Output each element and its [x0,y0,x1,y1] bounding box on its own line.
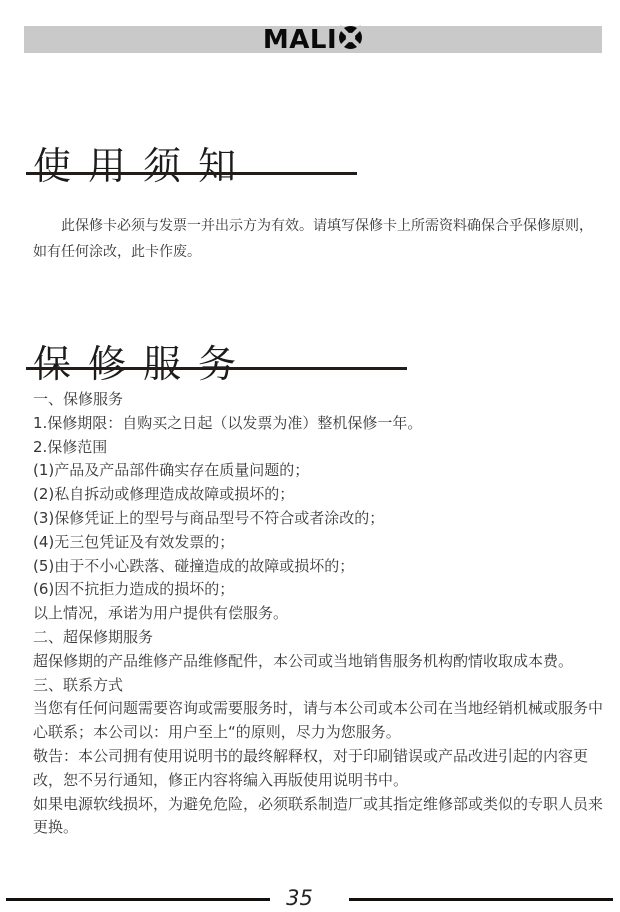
brand-logo: MALI [263,25,363,55]
notice-paragraph: 此保修卡必须与发票一并出示方为有效。请填写保修卡上所需资料确保合乎保修原则，如有… [33,213,598,265]
footer-rule-right [349,898,613,901]
warranty-line: 二、超保修期服务 [33,626,609,650]
warranty-line: 三、联系方式 [33,674,609,698]
warranty-line: 2.保修范围 [33,436,609,460]
notice-title-underline [26,172,357,175]
warranty-line: 当您有任何问题需要咨询或需要服务时，请与本公司或本公司在当地经销机械或服务中心联… [33,697,609,745]
warranty-line: 敬告：本公司拥有使用说明书的最终解释权，对于印刷错误或产品改进引起的内容更改，恕… [33,745,609,793]
target-ring-o-icon [338,25,363,55]
warranty-line: 如果电源软线损坏，为避免危险，必须联系制造厂或其指定维修部或类似的专职人员来更换… [33,793,609,841]
page-number: 35 [286,888,313,911]
footer-rule-left [6,898,270,901]
warranty-body: 一、保修服务 1.保修期限：自购买之日起（以发票为准）整机保修一年。 2.保修范… [33,388,609,840]
warranty-line: 超保修期的产品维修产品维修配件，本公司或当地销售服务机构酌情收取成本费。 [33,650,609,674]
warranty-line: 以上情况，承诺为用户提供有偿服务。 [33,602,609,626]
warranty-line: (4)无三包凭证及有效发票的； [33,531,609,555]
warranty-line: 1.保修期限：自购买之日起（以发票为准）整机保修一年。 [33,412,609,436]
warranty-title-underline [26,367,407,370]
warranty-line: (3)保修凭证上的型号与商品型号不符合或者涂改的； [33,507,609,531]
warranty-line: (1)产品及产品部件确实存在质量问题的； [33,459,609,483]
brand-bar: MALI [24,26,602,53]
notice-title: 使用须知 [33,147,253,185]
warranty-line: 一、保修服务 [33,388,609,412]
warranty-title: 保修服务 [33,345,253,383]
footer: 35 [6,888,613,911]
manual-page: MALI 使用须知 此保修卡必须与发票一并出示方为有效。请填写保修卡上所需资料确… [0,0,620,912]
warranty-line: (6)因不抗拒力造成的损坏的； [33,578,609,602]
brand-logo-text: MALI [263,27,337,53]
warranty-line: (5)由于不小心跌落、碰撞造成的故障或损坏的； [33,555,609,579]
warranty-line: (2)私自拆动或修理造成故障或损坏的； [33,483,609,507]
